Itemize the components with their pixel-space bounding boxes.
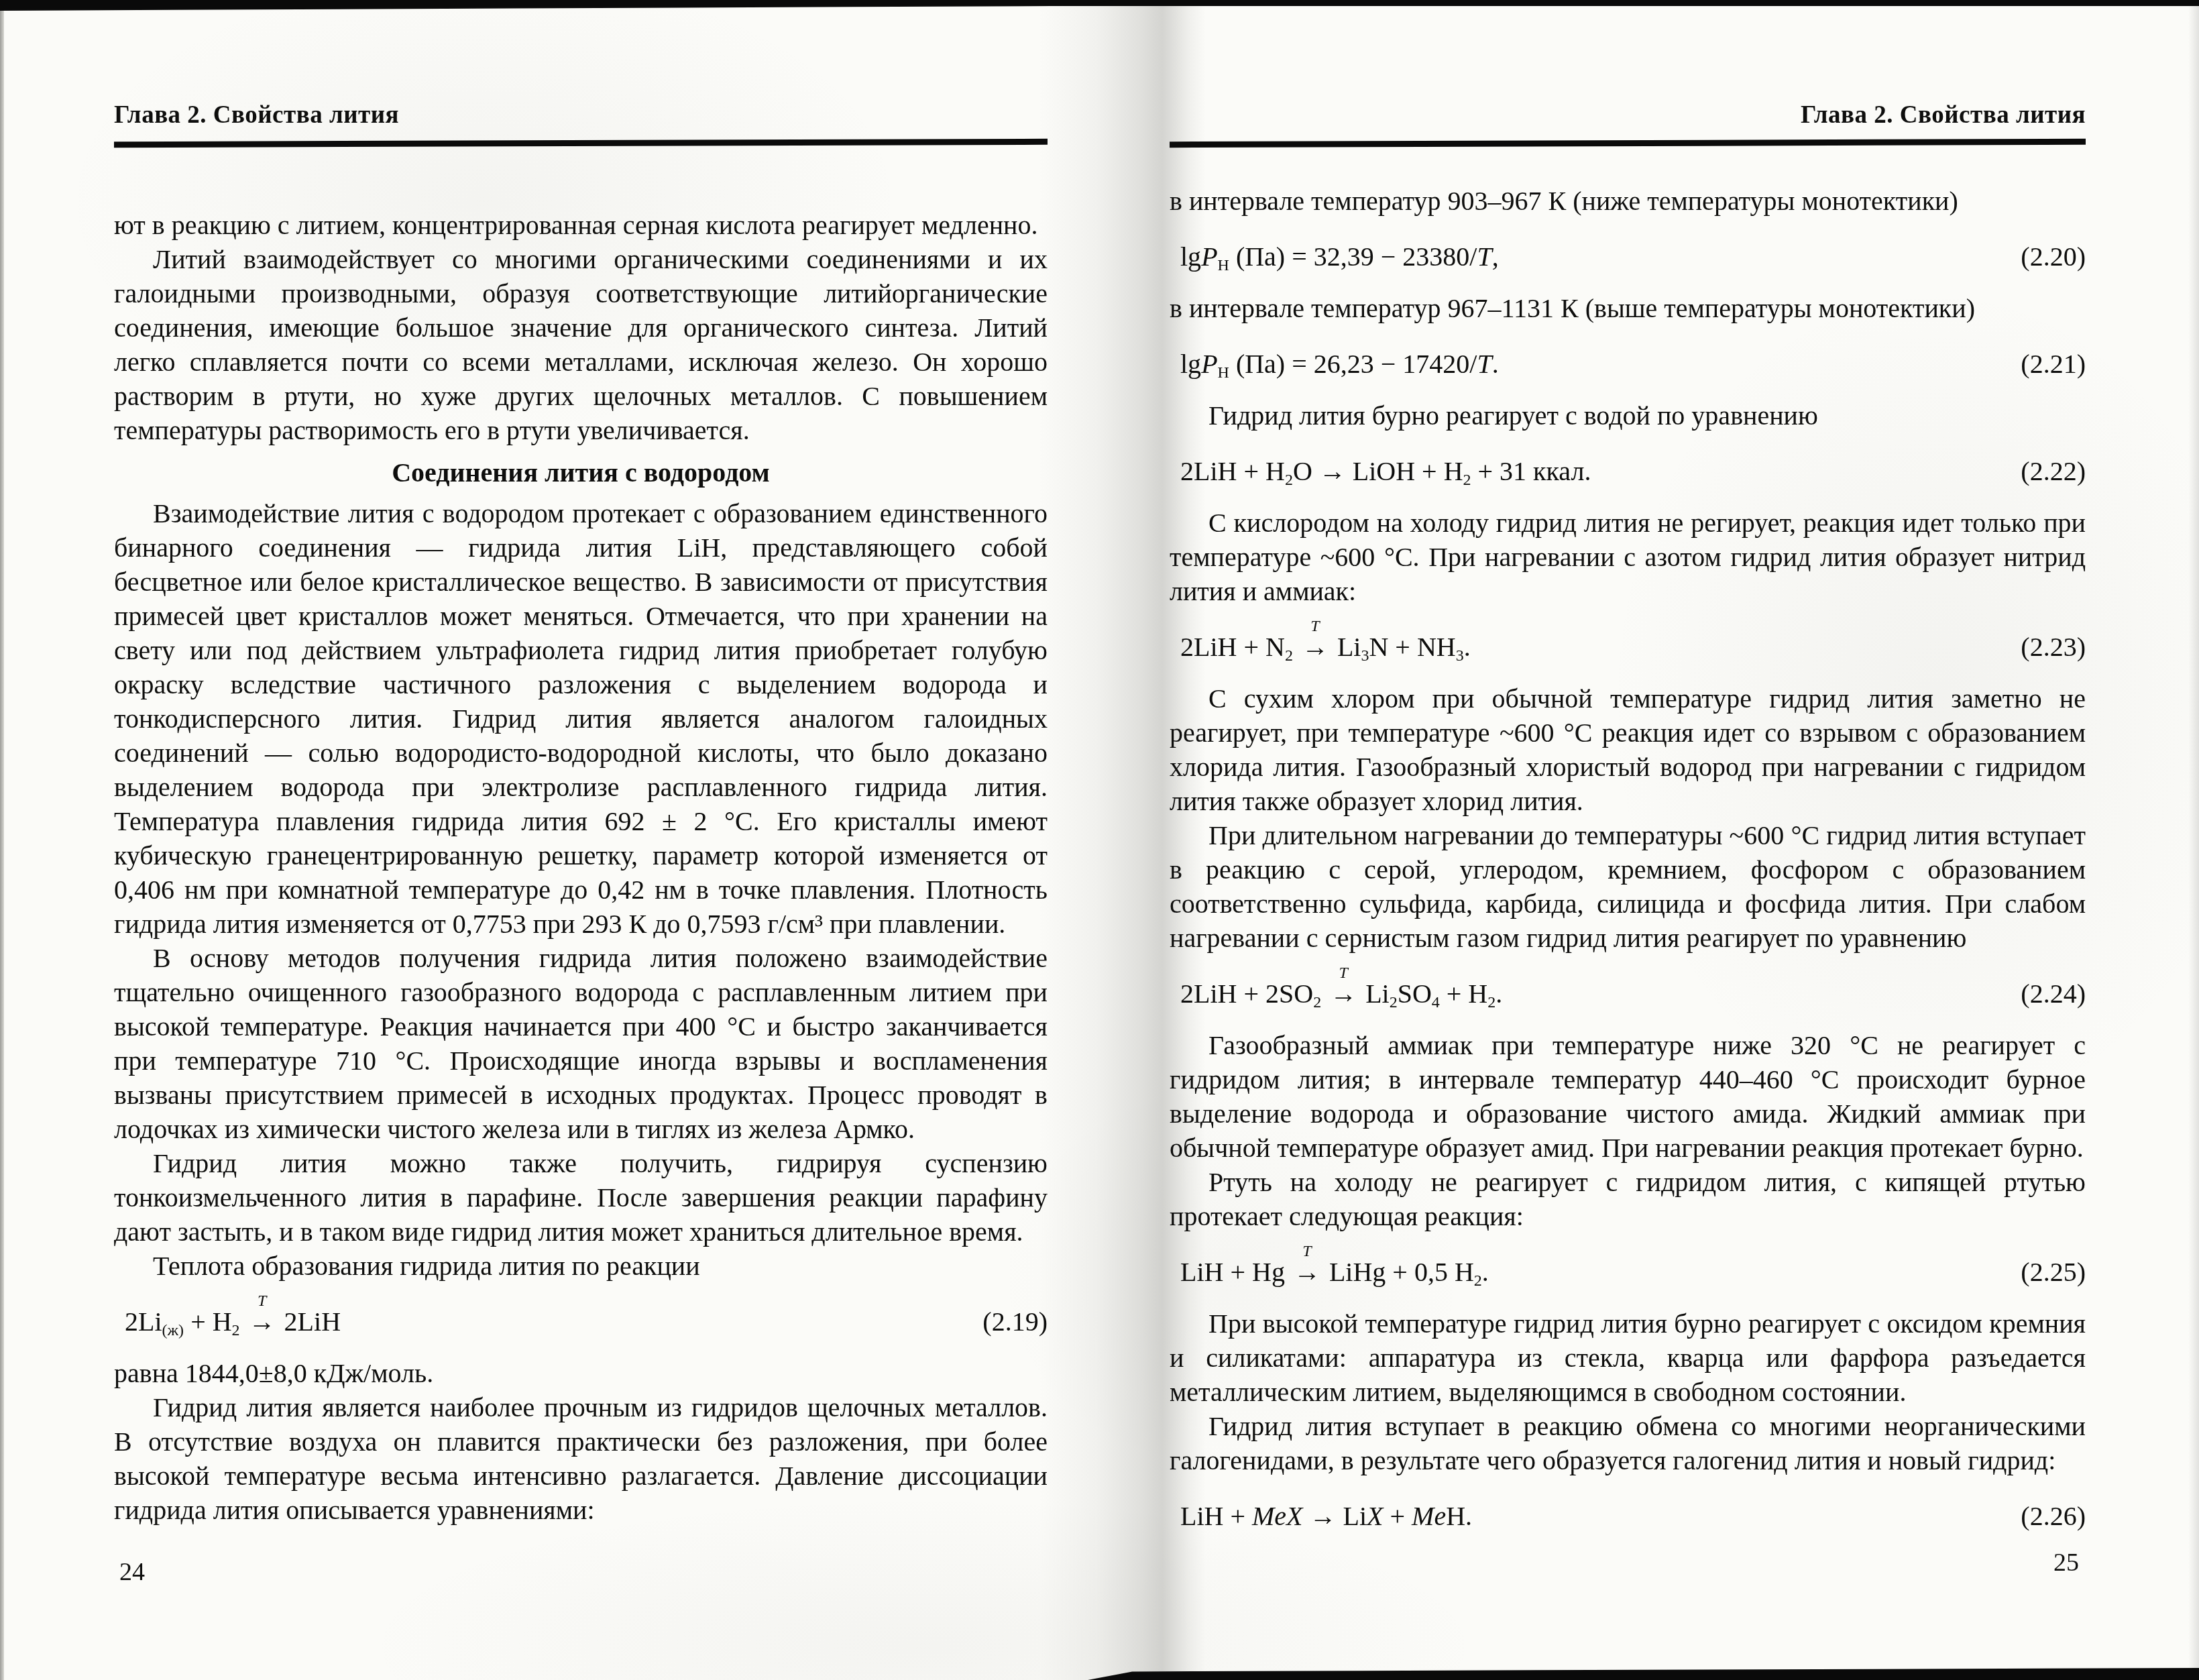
arrow-temperature-label: T bbox=[1310, 618, 1319, 634]
reaction-arrow-with-T: T→ bbox=[1292, 1255, 1322, 1289]
subscript: H bbox=[1218, 364, 1229, 382]
equation: 2LiH + H2O → LiOH + H2 + 31 ккал.(2.22) bbox=[1170, 454, 2086, 488]
running-header-left: Глава 2. Свойства лития bbox=[114, 101, 1048, 130]
arrow-temperature-label: T bbox=[1339, 965, 1347, 981]
italic-symbol: P bbox=[1201, 349, 1217, 379]
paragraph: Гидрид лития можно также получить, гидри… bbox=[114, 1146, 1048, 1249]
paragraph: С кислородом на холоду гидрид лития не р… bbox=[1170, 506, 2086, 608]
left-page-body: ют в реакцию с литием, концентрированная… bbox=[114, 208, 1048, 1527]
arrow-temperature-label: T bbox=[258, 1293, 266, 1309]
paragraph: в интервале температур 903–967 К (ниже т… bbox=[1170, 184, 2086, 218]
subscript: 2 bbox=[1285, 471, 1293, 489]
right-page: Глава 2. Свойства лития в интервале темп… bbox=[1170, 101, 2086, 1551]
scan-left-edge bbox=[0, 0, 4, 1680]
equation-formula: 2LiH + N2 T→ Li3N + NH3. bbox=[1180, 630, 1471, 664]
subscript: 2 bbox=[1390, 994, 1398, 1011]
subscript: 2 bbox=[232, 1322, 240, 1339]
paragraph: При высокой температуре гидрид лития бур… bbox=[1170, 1306, 2086, 1409]
equation: 2Li(ж) + H2 T→ 2LiH(2.19) bbox=[114, 1304, 1048, 1339]
paragraph: Гидрид лития вступает в реакцию обмена с… bbox=[1170, 1409, 2086, 1477]
subscript: 2 bbox=[1487, 994, 1496, 1011]
section-heading: Соединения лития с водородом bbox=[114, 455, 1048, 490]
equation: 2LiH + 2SO2 T→ Li2SO4 + H2.(2.24) bbox=[1170, 976, 2086, 1011]
paragraph: Ртуть на холоду не реагирует с гидридом … bbox=[1170, 1165, 2086, 1233]
equation-formula: 2Li(ж) + H2 T→ 2LiH bbox=[125, 1304, 341, 1339]
equation-formula: lgPH (Па) = 32,39 − 23380/T, bbox=[1180, 239, 1499, 274]
book-scan-spread: Глава 2. Свойства лития ют в реакцию с л… bbox=[0, 0, 2199, 1680]
scan-bottom-edge-bar bbox=[1088, 1668, 2199, 1680]
italic-symbol: T bbox=[1477, 349, 1491, 379]
paragraph: С сухим хлором при обычной температуре г… bbox=[1170, 681, 2086, 818]
reaction-arrow-with-T: T→ bbox=[1328, 976, 1359, 1011]
equation: lgPH (Па) = 26,23 − 17420/T.(2.21) bbox=[1170, 347, 2086, 381]
paragraph: в интервале температур 967–1131 К (выше … bbox=[1170, 291, 2086, 325]
arrow-glyph: → bbox=[249, 1306, 276, 1337]
reaction-arrow-with-T: T→ bbox=[247, 1304, 278, 1339]
equation: lgPH (Па) = 32,39 − 23380/T,(2.20) bbox=[1170, 239, 2086, 274]
arrow-temperature-label: T bbox=[1302, 1243, 1311, 1259]
equation-number: (2.24) bbox=[2021, 976, 2086, 1011]
paragraph: При длительном нагревании до температуры… bbox=[1170, 818, 2086, 955]
equation-number: (2.22) bbox=[2021, 454, 2086, 488]
scan-right-edge-shadow bbox=[2188, 0, 2199, 1680]
arrow-glyph: → bbox=[1302, 632, 1329, 662]
running-header-right: Глава 2. Свойства лития bbox=[1170, 101, 2086, 130]
header-rule-left bbox=[114, 139, 1048, 148]
equation: 2LiH + N2 T→ Li3N + NH3.(2.23) bbox=[1170, 630, 2086, 664]
equation-number: (2.26) bbox=[2021, 1499, 2086, 1533]
page-number-left: 24 bbox=[119, 1557, 145, 1587]
subscript: 3 bbox=[1456, 647, 1464, 665]
equation-formula: LiH + MeX → LiX + MeH. bbox=[1180, 1499, 1472, 1533]
italic-symbol: T bbox=[1477, 241, 1491, 272]
italic-symbol: P bbox=[1201, 241, 1217, 272]
equation-formula: LiH + Hg T→ LiHg + 0,5 H2. bbox=[1180, 1255, 1489, 1289]
reaction-arrow-with-T: T→ bbox=[1300, 630, 1331, 664]
equation-number: (2.25) bbox=[2021, 1255, 2086, 1289]
equation: LiH + MeX → LiX + MeH.(2.26) bbox=[1170, 1499, 2086, 1533]
subscript: 4 bbox=[1432, 994, 1440, 1011]
subscript: 2 bbox=[1313, 994, 1321, 1011]
left-page: Глава 2. Свойства лития ют в реакцию с л… bbox=[114, 101, 1048, 1527]
italic-symbol: Me bbox=[1412, 1501, 1446, 1531]
subscript: H bbox=[1218, 257, 1229, 274]
subscript: 3 bbox=[1361, 647, 1369, 665]
page-number-right: 25 bbox=[2053, 1548, 2079, 1577]
header-rule-right bbox=[1170, 139, 2086, 148]
arrow-glyph: → bbox=[1330, 978, 1357, 1009]
equation-number: (2.19) bbox=[982, 1304, 1048, 1339]
italic-symbol: X bbox=[1367, 1501, 1383, 1531]
paragraph: Теплота образования гидрида лития по реа… bbox=[114, 1249, 1048, 1283]
italic-symbol: MeX bbox=[1252, 1501, 1303, 1531]
equation: LiH + Hg T→ LiHg + 0,5 H2.(2.25) bbox=[1170, 1255, 2086, 1289]
paragraph: Газообразный аммиак при температуре ниже… bbox=[1170, 1028, 2086, 1165]
equation-formula: 2LiH + 2SO2 T→ Li2SO4 + H2. bbox=[1180, 976, 1502, 1011]
equation-formula: lgPH (Па) = 26,23 − 17420/T. bbox=[1180, 347, 1499, 381]
equation-number: (2.21) bbox=[2021, 347, 2086, 381]
subscript: 2 bbox=[1463, 471, 1471, 489]
subscript: 2 bbox=[1285, 647, 1293, 665]
paragraph: Взаимодействие лития с водородом протека… bbox=[114, 496, 1048, 941]
paragraph: ют в реакцию с литием, концентрированная… bbox=[114, 208, 1048, 242]
subscript: (ж) bbox=[162, 1322, 184, 1339]
arrow-glyph: → bbox=[1294, 1257, 1320, 1287]
subscript: 2 bbox=[1474, 1272, 1482, 1290]
paragraph: Гидрид лития бурно реагирует с водой по … bbox=[1170, 398, 2086, 433]
equation-number: (2.20) bbox=[2021, 239, 2086, 274]
equation-number: (2.23) bbox=[2021, 630, 2086, 664]
paragraph: Гидрид лития является наиболее прочным и… bbox=[114, 1390, 1048, 1527]
paragraph: равна 1844,0±8,0 кДж/моль. bbox=[114, 1356, 1048, 1390]
right-page-body: в интервале температур 903–967 К (ниже т… bbox=[1170, 184, 2086, 1533]
scan-top-left-edge-bar bbox=[0, 0, 1113, 11]
equation-formula: 2LiH + H2O → LiOH + H2 + 31 ккал. bbox=[1180, 454, 1591, 488]
paragraph: Литий взаимодействует со многими органич… bbox=[114, 242, 1048, 447]
paragraph: В основу методов получения гидрида лития… bbox=[114, 941, 1048, 1146]
